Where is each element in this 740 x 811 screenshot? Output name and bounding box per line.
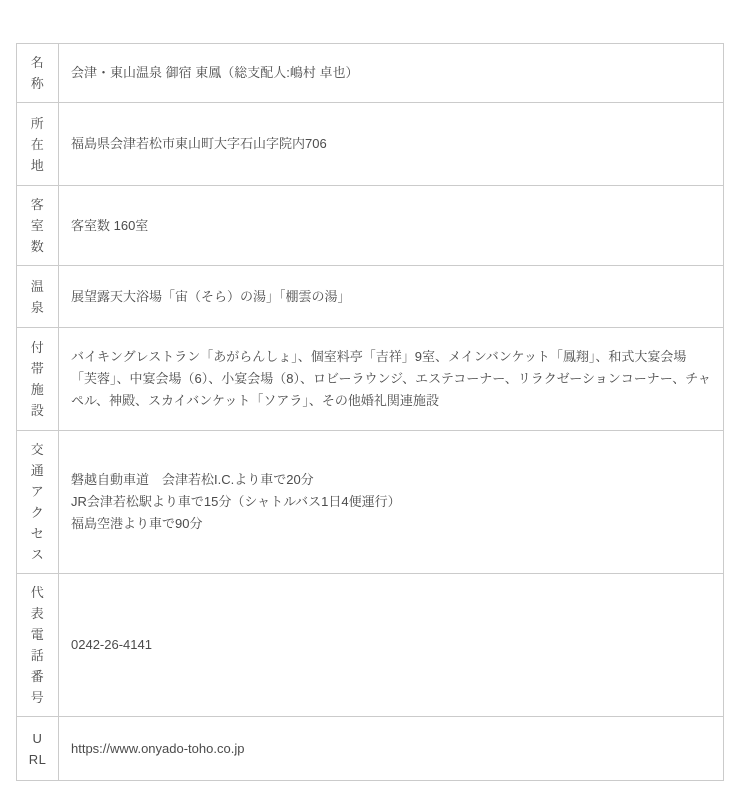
row-value-name: 会津・東山温泉 御宿 東鳳（総支配人:嶋村 卓也） — [59, 44, 724, 103]
row-value-access: 磐越自動車道 会津若松I.C.より車で20分 JR会津若松駅より車で15分（シャ… — [59, 431, 724, 574]
page: 名 称 会津・東山温泉 御宿 東鳳（総支配人:嶋村 卓也） 所 在 地 福島県会… — [0, 0, 740, 811]
row-label-name: 名 称 — [17, 44, 59, 103]
row-value-phone: 0242-26-4141 — [59, 574, 724, 717]
row-value-address: 福島県会津若松市東山町大字石山字院内706 — [59, 103, 724, 186]
row-value-facilities: バイキングレストラン「あがらんしょ」、個室料亭「吉祥」9室、メインバンケット「鳳… — [59, 328, 724, 431]
row-value-rooms: 客室数 160室 — [59, 186, 724, 266]
table-row-facilities: 付 帯 施 設 バイキングレストラン「あがらんしょ」、個室料亭「吉祥」9室、メイ… — [17, 328, 724, 431]
table-row-access: 交 通 ア ク セ ス 磐越自動車道 会津若松I.C.より車で20分 JR会津若… — [17, 431, 724, 574]
table-row-address: 所 在 地 福島県会津若松市東山町大字石山字院内706 — [17, 103, 724, 186]
row-label-url: U RL — [17, 717, 59, 781]
row-label-facilities: 付 帯 施 設 — [17, 328, 59, 431]
row-label-rooms: 客 室 数 — [17, 186, 59, 266]
row-label-onsen: 温 泉 — [17, 266, 59, 328]
table-row-url: U RL https://www.onyado-toho.co.jp — [17, 717, 724, 781]
row-label-phone: 代 表 電 話 番 号 — [17, 574, 59, 717]
row-value-onsen: 展望露天大浴場「宙（そら）の湯」「棚雲の湯」 — [59, 266, 724, 328]
row-value-url: https://www.onyado-toho.co.jp — [59, 717, 724, 781]
row-label-address: 所 在 地 — [17, 103, 59, 186]
table-row-onsen: 温 泉 展望露天大浴場「宙（そら）の湯」「棚雲の湯」 — [17, 266, 724, 328]
table-row-phone: 代 表 電 話 番 号 0242-26-4141 — [17, 574, 724, 717]
hotel-info-table: 名 称 会津・東山温泉 御宿 東鳳（総支配人:嶋村 卓也） 所 在 地 福島県会… — [16, 43, 724, 781]
table-row-rooms: 客 室 数 客室数 160室 — [17, 186, 724, 266]
row-label-access: 交 通 ア ク セ ス — [17, 431, 59, 574]
table-row-name: 名 称 会津・東山温泉 御宿 東鳳（総支配人:嶋村 卓也） — [17, 44, 724, 103]
